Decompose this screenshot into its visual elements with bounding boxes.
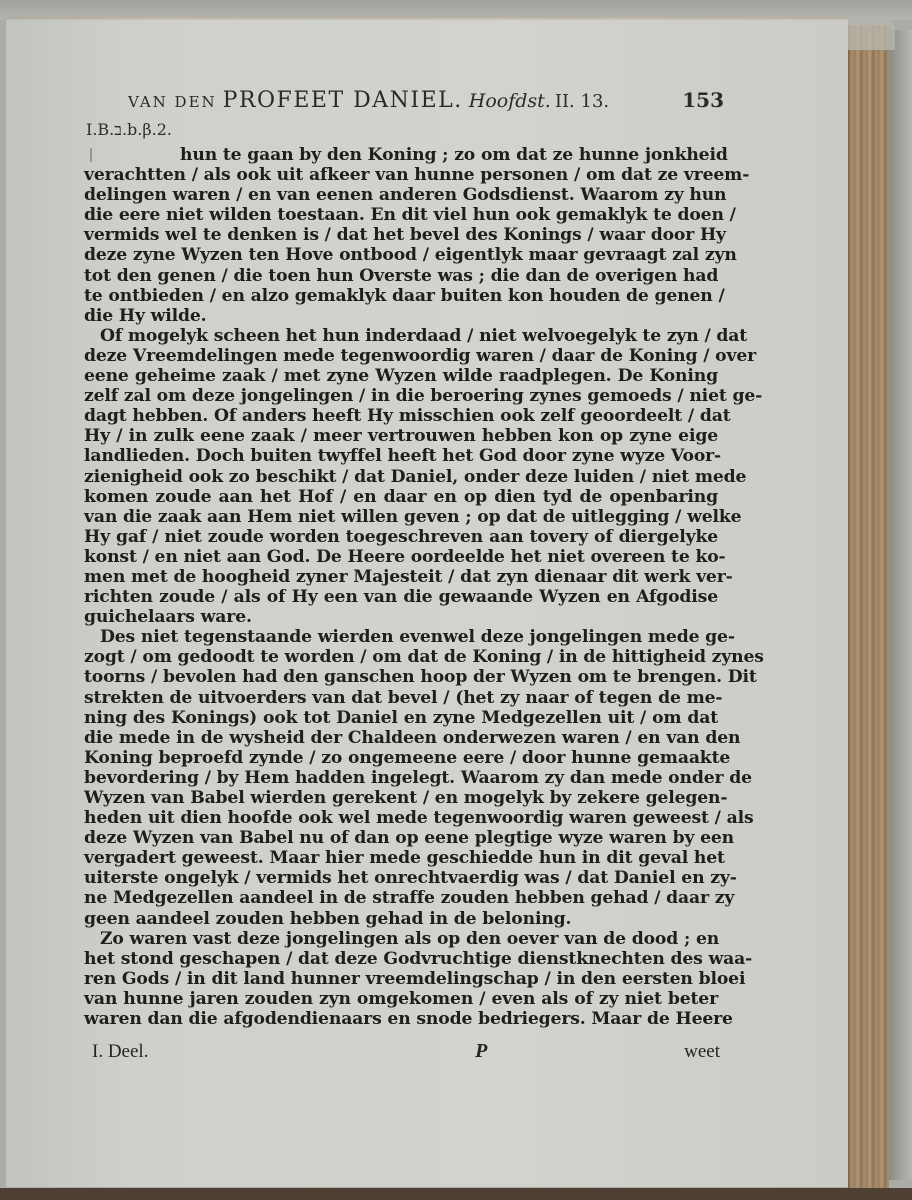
text-line: te ontbieden / en alzo gemaklyk daar bui… bbox=[84, 286, 718, 306]
text-line: zogt / om gedoodt te worden / om dat de … bbox=[84, 647, 718, 667]
text-line: heden uit dien hoofde ook wel mede tegen… bbox=[84, 808, 718, 828]
text-line: die mede in de wysheid der Chaldeen onde… bbox=[84, 728, 718, 748]
text-line: Of mogelyk scheen het hun inderdaad / ni… bbox=[84, 326, 718, 346]
text-line: geen aandeel zouden hebben gehad in de b… bbox=[84, 909, 718, 929]
text-line: hun te gaan by den Koning ; zo om dat ze… bbox=[84, 145, 718, 165]
page-corner bbox=[845, 20, 895, 50]
text-line: landlieden. Doch buiten twyffel heeft he… bbox=[84, 446, 718, 466]
text-line: deze zyne Wyzen ten Hove ontbood / eigen… bbox=[84, 245, 718, 265]
text-line: ren Gods / in dit land hunner vreemdelin… bbox=[84, 969, 718, 989]
text-line: waren dan die afgodendienaars en snode b… bbox=[84, 1009, 718, 1029]
text-line: deze Wyzen van Babel nu of dan op eene p… bbox=[84, 828, 718, 848]
text-line: delingen waren / en van eenen anderen Go… bbox=[84, 185, 718, 205]
page-number: 153 bbox=[682, 88, 724, 112]
table-surface bbox=[0, 1188, 912, 1200]
text-line: Wyzen van Babel wierden gerekent / en mo… bbox=[84, 788, 718, 808]
text-line: richten zoude / als of Hy een van die ge… bbox=[84, 587, 718, 607]
text-line: ning des Konings) ook tot Daniel en zyne… bbox=[84, 708, 718, 728]
text-line: zienigheid ook zo beschikt / dat Daniel,… bbox=[84, 467, 718, 487]
text-line: verachtten / als ook uit afkeer van hunn… bbox=[84, 165, 718, 185]
text-line: van die zaak aan Hem niet willen geven ;… bbox=[84, 507, 718, 527]
text-line: toorns / bevolen had den ganschen hoop d… bbox=[84, 667, 718, 687]
text-line: uiterste ongelyk / vermids het onrechtva… bbox=[84, 868, 718, 888]
text-line: bevordering / by Hem hadden ingelegt. Wa… bbox=[84, 768, 718, 788]
text-line: die Hy wilde. bbox=[84, 306, 718, 326]
running-head-title: PROFEET DANIEL. bbox=[223, 88, 463, 113]
text-line: Zo waren vast deze jongelingen als op de… bbox=[84, 929, 718, 949]
page-footer: I. Deel. P weet bbox=[92, 1040, 720, 1064]
text-line: eene geheime zaak / met zyne Wyzen wilde… bbox=[84, 366, 718, 386]
text-line: die eere niet wilden toestaan. En dit vi… bbox=[84, 205, 718, 225]
text-line: strekten de uitvoerders van dat bevel / … bbox=[84, 688, 718, 708]
text-line: het stond geschapen / dat deze Godvrucht… bbox=[84, 949, 718, 969]
text-line: vergadert geweest. Maar hier mede geschi… bbox=[84, 848, 718, 868]
running-head-chapter-number: II. 13. bbox=[555, 91, 609, 112]
text-line: men met de hoogheid zyner Majesteit / da… bbox=[84, 567, 718, 587]
body-text: hun te gaan by den Koning ; zo om dat ze… bbox=[84, 145, 718, 1029]
book-cover-edge bbox=[888, 30, 912, 1180]
text-line: Des niet tegenstaande wierden evenwel de… bbox=[84, 627, 718, 647]
catchword: weet bbox=[684, 1041, 720, 1063]
section-marker: I.B.ב.b.β.2. bbox=[86, 120, 172, 140]
text-line: Koning beproefd zynde / zo ongemeene eer… bbox=[84, 748, 718, 768]
running-head: VAN DEN PROFEET DANIEL. Hoofdst. II. 13.… bbox=[128, 88, 724, 114]
text-line: dagt hebben. Of anders heeft Hy misschie… bbox=[84, 406, 718, 426]
text-line: van hunne jaren zouden zyn omgekomen / e… bbox=[84, 989, 718, 1009]
text-line: vermids wel te denken is / dat het bevel… bbox=[84, 225, 718, 245]
text-line: guichelaars ware. bbox=[84, 607, 718, 627]
page-block-fore-edge bbox=[848, 25, 889, 1190]
running-head-prefix: VAN DEN bbox=[128, 93, 217, 111]
text-line: deze Vreemdelingen mede tegenwoordig war… bbox=[84, 346, 718, 366]
text-line: komen zoude aan het Hof / en daar en op … bbox=[84, 487, 718, 507]
volume-label: I. Deel. bbox=[92, 1041, 148, 1063]
text-line: zelf zal om deze jongelingen / in die be… bbox=[84, 386, 718, 406]
text-line: konst / en niet aan God. De Heere oordee… bbox=[84, 547, 718, 567]
text-line: tot den genen / die toen hun Overste was… bbox=[84, 266, 718, 286]
text-line: Hy / in zulk eene zaak / meer vertrouwen… bbox=[84, 426, 718, 446]
text-line: Hy gaf / niet zoude worden toegeschreven… bbox=[84, 527, 718, 547]
signature-letter: P bbox=[475, 1040, 487, 1063]
running-head-chapter: Hoofdst. bbox=[469, 90, 551, 112]
text-line: ne Medgezellen aandeel in de straffe zou… bbox=[84, 888, 718, 908]
